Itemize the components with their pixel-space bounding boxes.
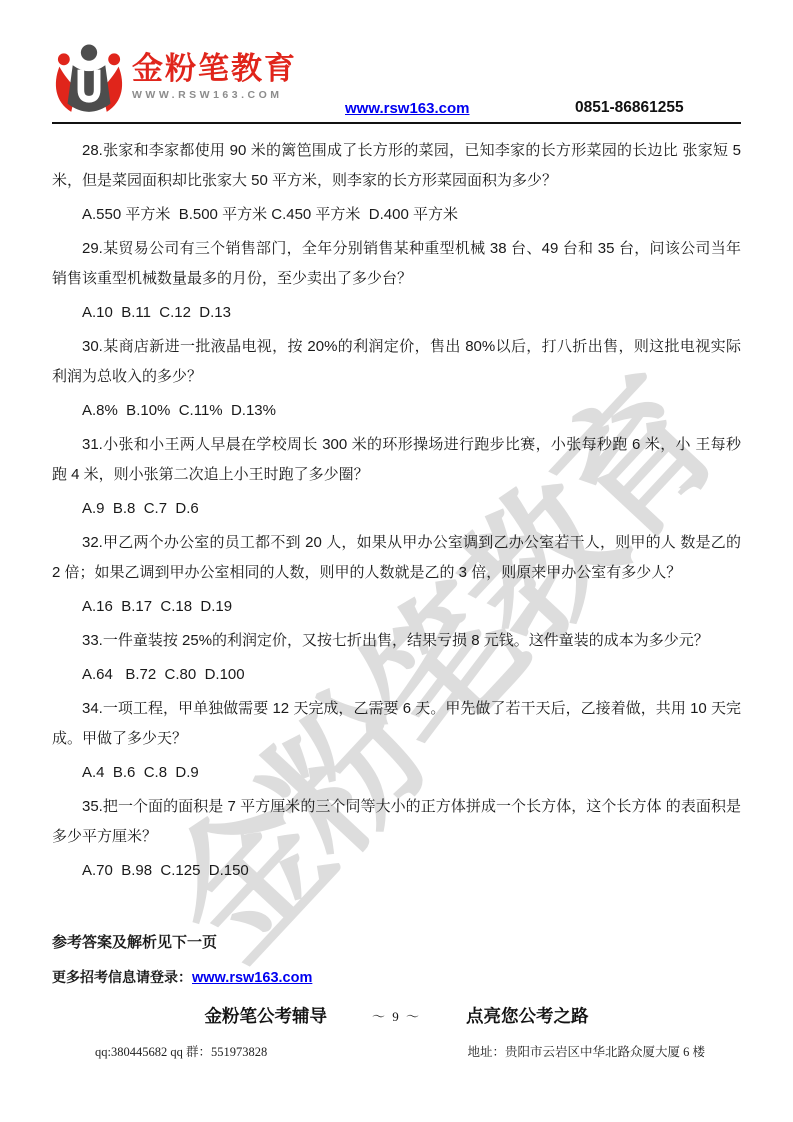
page-number: ～ 9 ～	[372, 1006, 421, 1025]
question-block: 32.甲乙两个办公室的员工都不到 20 人，如果从甲办公室调到乙办公室若干人，则…	[52, 528, 741, 622]
question-block: 35.把一个面的面积是 7 平方厘米的三个同等大小的正方体拼成一个长方体，这个长…	[52, 792, 741, 886]
question-block: 30.某商店新进一批液晶电视，按 20%的利润定价，售出 80%以后，打八折出售…	[52, 332, 741, 426]
header-website-link[interactable]: www.rsw163.com	[345, 100, 470, 117]
question-text: 31.小张和小王两人早晨在学校周长 300 米的环形操场进行跑步比赛，小张每秒跑…	[52, 430, 741, 490]
question-text: 35.把一个面的面积是 7 平方厘米的三个同等大小的正方体拼成一个长方体，这个长…	[52, 792, 741, 852]
brand-logo: 金粉笔教育 WWW.RSW163.COM	[52, 42, 297, 118]
question-block: 33.一件童装按 25%的利润定价，又按七折出售，结果亏损 8 元钱。这件童装的…	[52, 626, 741, 690]
slogan-right: 点亮您公考之路	[466, 1003, 589, 1028]
question-block: 29.某贸易公司有三个销售部门，全年分别销售某种重型机械 38 台、49 台和 …	[52, 234, 741, 328]
more-info-line: 更多招考信息请登录：www.rsw163.com	[52, 962, 741, 993]
page-footer-slogan: 金粉笔公考辅导 ～ 9 ～ 点亮您公考之路	[52, 1003, 741, 1028]
more-info-link[interactable]: www.rsw163.com	[192, 970, 312, 986]
slogan-left: 金粉笔公考辅导	[204, 1003, 327, 1028]
question-options: A.8% B.10% C.11% D.13%	[52, 396, 741, 426]
questions-list: 28.张家和李家都使用 90 米的篱笆围成了长方形的菜园，已知李家的长方形菜园的…	[52, 124, 741, 886]
footer-qq-info: qq:380445682 qq 群：551973828	[95, 1042, 267, 1060]
question-options: A.9 B.8 C.7 D.6	[52, 494, 741, 524]
question-options: A.4 B.6 C.8 D.9	[52, 758, 741, 788]
question-text: 29.某贸易公司有三个销售部门，全年分别销售某种重型机械 38 台、49 台和 …	[52, 234, 741, 294]
question-block: 31.小张和小王两人早晨在学校周长 300 米的环形操场进行跑步比赛，小张每秒跑…	[52, 430, 741, 524]
contact-footer: qq:380445682 qq 群：551973828 地址：贵阳市云岩区中华北…	[0, 1042, 793, 1060]
question-options: A.16 B.17 C.18 D.19	[52, 592, 741, 622]
bottom-notes: 参考答案及解析见下一页 更多招考信息请登录：www.rsw163.com 金粉笔…	[52, 928, 741, 1028]
brand-site-url: WWW.RSW163.COM	[132, 89, 297, 101]
question-text: 28.张家和李家都使用 90 米的篱笆围成了长方形的菜园，已知李家的长方形菜园的…	[52, 136, 741, 196]
question-text: 30.某商店新进一批液晶电视，按 20%的利润定价，售出 80%以后，打八折出售…	[52, 332, 741, 392]
question-text: 33.一件童装按 25%的利润定价，又按七折出售，结果亏损 8 元钱。这件童装的…	[52, 626, 741, 656]
document-page: 金粉笔教育 金粉笔教育 WWW.RSW163.COM www.rsw163.co…	[0, 0, 793, 1122]
question-options: A.10 B.11 C.12 D.13	[52, 298, 741, 328]
header-phone-number: 0851-86861255	[575, 99, 684, 117]
brand-logo-text: 金粉笔教育 WWW.RSW163.COM	[132, 42, 297, 101]
question-options: A.550 平方米 B.500 平方米 C.450 平方米 D.400 平方米	[52, 200, 741, 230]
answer-reference-note: 参考答案及解析见下一页	[52, 928, 741, 958]
brand-logo-icon	[52, 42, 126, 118]
page-header: 金粉笔教育 WWW.RSW163.COM www.rsw163.com 0851…	[52, 0, 741, 124]
more-info-label: 更多招考信息请登录：	[52, 969, 192, 985]
question-block: 28.张家和李家都使用 90 米的篱笆围成了长方形的菜园，已知李家的长方形菜园的…	[52, 136, 741, 230]
brand-name: 金粉笔教育	[132, 52, 297, 86]
footer-address: 地址：贵阳市云岩区中华北路众厦大厦 6 楼	[467, 1042, 705, 1060]
question-block: 34.一项工程，甲单独做需要 12 天完成，乙需要 6 天。甲先做了若干天后，乙…	[52, 694, 741, 788]
question-text: 34.一项工程，甲单独做需要 12 天完成，乙需要 6 天。甲先做了若干天后，乙…	[52, 694, 741, 754]
question-options: A.70 B.98 C.125 D.150	[52, 856, 741, 886]
question-text: 32.甲乙两个办公室的员工都不到 20 人，如果从甲办公室调到乙办公室若干人，则…	[52, 528, 741, 588]
question-options: A.64 B.72 C.80 D.100	[52, 660, 741, 690]
